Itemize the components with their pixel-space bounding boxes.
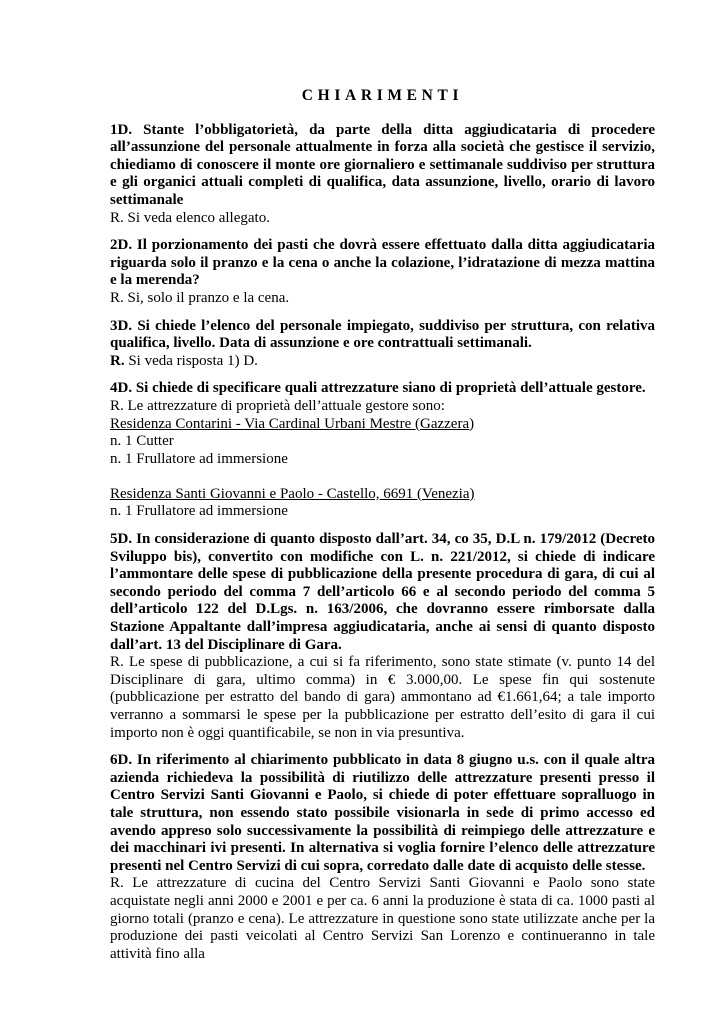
answer-text: R. Le attrezzature di proprietà dell’att… <box>110 398 655 416</box>
qa-section-1D: 1D. Stante l’obbligatorietà, da parte de… <box>110 122 655 228</box>
answer-text: R. Si, solo il pranzo e la cena. <box>110 290 655 308</box>
question-text-6D: 6D. In riferimento al chiarimento pubbli… <box>110 752 655 875</box>
qa-section-4D: 4D. Si chiede di specificare quali attre… <box>110 380 655 521</box>
question-text-1D: 1D. Stante l’obbligatorietà, da parte de… <box>110 122 655 210</box>
answer-text: R. Si veda elenco allegato. <box>110 210 655 228</box>
document-title: CHIARIMENTI <box>110 87 655 105</box>
facility-heading: Residenza Santi Giovanni e Paolo - Caste… <box>110 486 655 504</box>
answer-text: n. 1 Frullatore ad immersione <box>110 451 655 469</box>
question-text-4D: 4D. Si chiede di specificare quali attre… <box>110 380 655 398</box>
answer-text: n. 1 Cutter <box>110 433 655 451</box>
answer-text: R. Le spese di pubblicazione, a cui si f… <box>110 654 655 742</box>
qa-section-3D: 3D. Si chiede l’elenco del personale imp… <box>110 318 655 371</box>
qa-section-5D: 5D. In considerazione di quanto disposto… <box>110 531 655 742</box>
qa-sections: 1D. Stante l’obbligatorietà, da parte de… <box>110 122 655 964</box>
answer-text: R. Le attrezzature di cucina del Centro … <box>110 875 655 963</box>
answer-bold-prefix: R. <box>110 353 125 369</box>
qa-section-6D: 6D. In riferimento al chiarimento pubbli… <box>110 752 655 963</box>
document-page: CHIARIMENTI 1D. Stante l’obbligatorietà,… <box>0 0 725 1024</box>
answer-text: n. 1 Frullatore ad immersione <box>110 503 655 521</box>
question-text-3D: 3D. Si chiede l’elenco del personale imp… <box>110 318 655 353</box>
answer-text: R. Si veda risposta 1) D. <box>110 353 655 371</box>
question-text-5D: 5D. In considerazione di quanto disposto… <box>110 531 655 654</box>
blank-line <box>110 468 655 486</box>
facility-heading: Residenza Contarini - Via Cardinal Urban… <box>110 416 655 434</box>
answer-text: Si veda risposta 1) D. <box>125 353 258 369</box>
qa-section-2D: 2D. Il porzionamento dei pasti che dovrà… <box>110 237 655 307</box>
question-text-2D: 2D. Il porzionamento dei pasti che dovrà… <box>110 237 655 290</box>
